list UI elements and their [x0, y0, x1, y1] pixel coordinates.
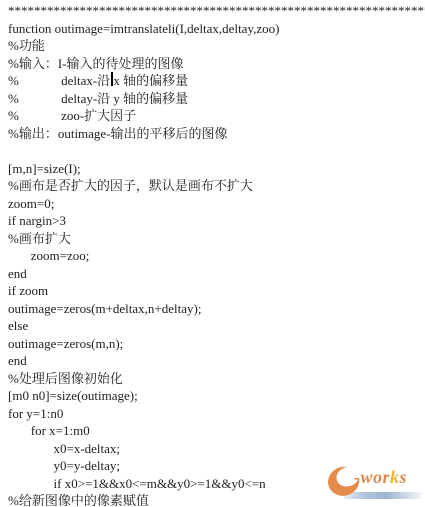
code-block[interactable]: ****************************************…	[8, 2, 425, 507]
code-line: for x=1:m0	[8, 422, 425, 440]
code-line: %画布扩大	[8, 230, 425, 248]
code-line: if zoom	[8, 282, 425, 300]
code-line: %功能	[8, 37, 425, 55]
code-line: % deltay-沿 y 轴的偏移量	[8, 90, 425, 108]
code-line: [m0 n0]=size(outimage);	[8, 387, 425, 405]
eworks-logo-text: -works	[354, 467, 407, 487]
code-line: function outimage=imtranslateli(I,deltax…	[8, 20, 425, 38]
code-line: x0=x-deltax;	[8, 440, 425, 458]
code-line: %画布是否扩大的因子，默认是画布不扩大	[8, 177, 425, 195]
code-line: end	[8, 265, 425, 283]
code-line: zoom=zoo;	[8, 247, 425, 265]
code-line: zoom=0;	[8, 195, 425, 213]
code-line: [m,n]=size(I);	[8, 160, 425, 178]
code-line: % zoo-扩大因子	[8, 107, 425, 125]
code-document-page: ****************************************…	[0, 0, 425, 507]
code-line: for y=1:n0	[8, 405, 425, 423]
eworks-logo-text-prefix: -wor	[354, 467, 390, 487]
eworks-logo-text-k: k	[390, 467, 400, 487]
code-line	[8, 142, 425, 160]
code-line: if nargin>3	[8, 212, 425, 230]
code-line: ****************************************…	[8, 2, 425, 20]
code-line: outimage=zeros(m+deltax,n+deltay);	[8, 300, 425, 318]
text-cursor	[111, 72, 113, 86]
eworks-logo-text-suffix: s	[400, 467, 408, 487]
code-line: end	[8, 352, 425, 370]
code-line: %处理后图像初始化	[8, 370, 425, 388]
code-line: else	[8, 317, 425, 335]
code-line: % deltax-沿 x 轴的偏移量	[8, 72, 425, 90]
code-line: %输出：outimage-输出的平移后的图像	[8, 125, 425, 143]
code-line: outimage=zeros(m,n);	[8, 335, 425, 353]
code-line: %输入：I-输入的待处理的图像	[8, 55, 425, 73]
eworks-logo: -works	[327, 464, 423, 504]
